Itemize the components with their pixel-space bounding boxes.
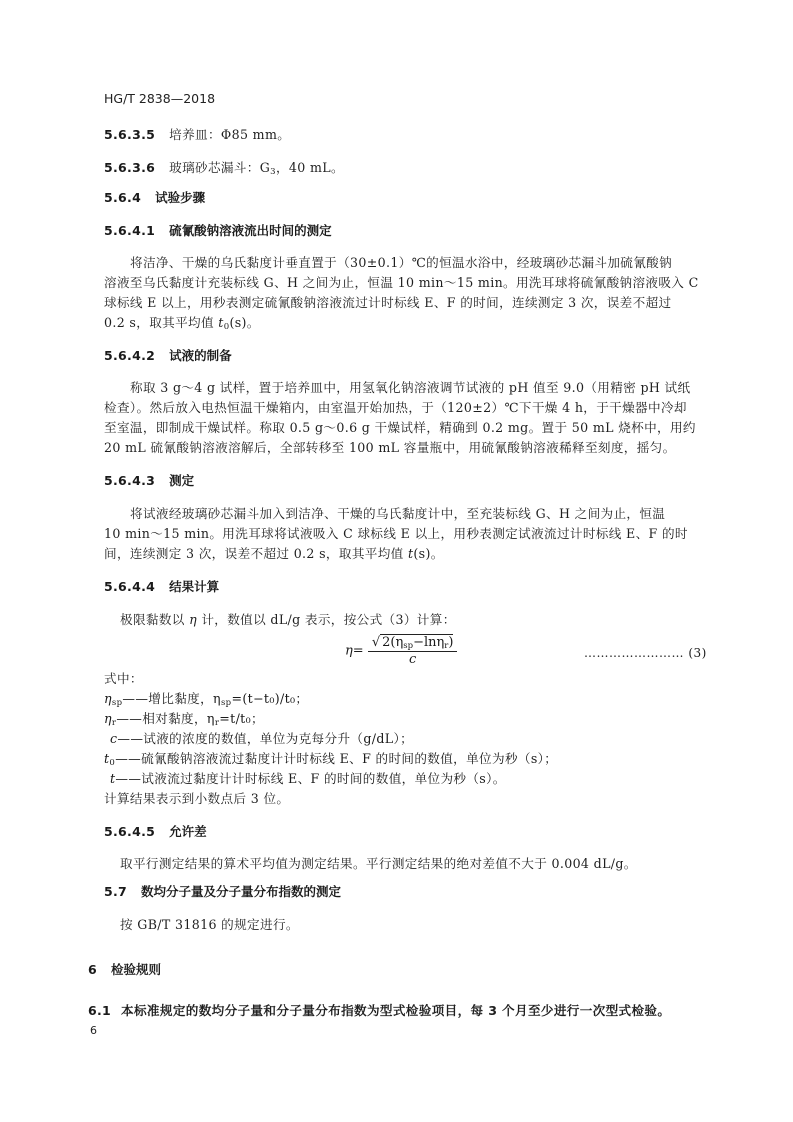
clause-number: 5.7 — [104, 884, 127, 899]
heading-564: 5.6.4试验步骤 — [104, 188, 205, 206]
text: 计，数值以 dL/g 表示，按公式（3）计算： — [197, 612, 456, 627]
para-5641-line4: 0.2 s，取其平均值 t0(s)。 — [104, 312, 260, 332]
result-note: 计算结果表示到小数点后 3 位。 — [104, 788, 289, 807]
heading-title: 试验步骤 — [155, 190, 205, 205]
formula-3: η= √2(ηsp−lnηr) c — [345, 635, 457, 667]
legend-item: t0——硫氰酸钠溶液流过黏度计计时标线 E、F 的时间的数值，单位为秒（s）； — [104, 748, 557, 768]
para-5642-line4: 20 mL 硫氰酸钠溶液溶解后，全部转移至 100 mL 容量瓶中，用硫氰酸钠溶… — [104, 437, 676, 456]
formula-lhs: η= — [345, 644, 364, 659]
where-label: 式中： — [104, 668, 143, 687]
subscript: sp — [403, 641, 413, 651]
clause-number: 5.6.4.5 — [104, 824, 155, 839]
formula-number: …………………… (3) — [584, 646, 707, 660]
var-eta: η — [189, 612, 197, 627]
para-5642-line2: 检查）。然后放入电热恒温干燥箱内，由室温开始加热，于（120±2）℃下干燥 4 … — [104, 397, 687, 416]
clause-61: 6.1本标准规定的数均分子量和分子量分布指数为型式检验项目，每 3 个月至少进行… — [88, 1000, 670, 1019]
para-5643-line2: 10 min～15 min。用洗耳球将试液吸入 C 球标线 E 以上，用秒表测定… — [104, 523, 688, 542]
clause-5635: 5.6.3.5培养皿：Φ85 mm。 — [104, 124, 290, 143]
para-57: 按 GB/T 31816 的规定进行。 — [120, 914, 299, 933]
heading-title: 允许差 — [169, 824, 207, 839]
desc: ——增比黏度，η — [122, 691, 221, 706]
clause-text: 玻璃砂芯漏斗：G — [169, 160, 270, 175]
clause-number: 5.6.4.2 — [104, 348, 155, 363]
clause-text: 本标准规定的数均分子量和分子量分布指数为型式检验项目，每 3 个月至少进行一次型… — [121, 1003, 670, 1018]
clause-text-end: ，40 mL。 — [276, 160, 344, 175]
fraction: √2(ηsp−lnηr) c — [368, 635, 458, 667]
heading-5644: 5.6.4.4结果计算 — [104, 577, 219, 595]
para-5641-line1: 将洁净、干燥的乌氏黏度计垂直置于（30±0.1）℃的恒温水浴中，经玻璃砂芯漏斗加… — [130, 252, 672, 271]
legend-item: t——试液流过黏度计计时标线 E、F 的时间的数值，单位为秒（s）。 — [110, 768, 506, 787]
clause-number: 5.6.4 — [104, 190, 141, 205]
legend-item: c——试液的浓度的数值，单位为克每分升（g/dL）； — [110, 728, 413, 747]
subscript: sp — [221, 698, 232, 708]
para-5643-line3: 间，连续测定 3 次，误差不超过 0.2 s，取其平均值 t(s)。 — [104, 543, 444, 562]
denominator: c — [368, 652, 458, 667]
desc: ——试液的浓度的数值，单位为克每分升（g/dL）； — [117, 731, 413, 746]
heading-5643: 5.6.4.3测定 — [104, 471, 194, 489]
clause-number: 5.6.3.6 — [104, 160, 155, 175]
clause-number: 5.6.4.4 — [104, 579, 155, 594]
subscript: sp — [112, 698, 123, 708]
heading-5645: 5.6.4.5允许差 — [104, 822, 207, 840]
clause-number: 5.6.4.3 — [104, 473, 155, 488]
equation-number: (3) — [688, 646, 707, 660]
symbol: η — [104, 711, 112, 726]
para-5641-line2: 溶液至乌氏黏度计充装标线 G、H 之间为止，恒温 10 min～15 min。用… — [104, 272, 699, 291]
heading-57: 5.7数均分子量及分子量分布指数的测定 — [104, 882, 341, 900]
clause-number: 5.6.4.1 — [104, 223, 155, 238]
clause-number: 5.6.3.5 — [104, 127, 155, 142]
symbol: η — [104, 691, 112, 706]
text: 极限黏数以 — [120, 612, 189, 627]
numerator: √2(ηsp−lnηr) — [368, 635, 458, 652]
desc: =t/t₀； — [219, 711, 264, 726]
clause-5636: 5.6.3.6玻璃砂芯漏斗：G3，40 mL。 — [104, 157, 344, 177]
text: (s)。 — [413, 546, 443, 561]
standard-code-header: HG/T 2838—2018 — [104, 91, 215, 106]
heading-title: 测定 — [169, 473, 194, 488]
heading-title: 结果计算 — [169, 579, 219, 594]
text: 间，连续测定 3 次，误差不超过 0.2 s，取其平均值 — [104, 546, 408, 561]
heading-title: 检验规则 — [111, 962, 161, 977]
para-5642-line1: 称取 3 g～4 g 试样，置于培养皿中，用氢氧化钠溶液调节试液的 pH 值至 … — [130, 377, 690, 396]
heading-title: 硫氰酸钠溶液流出时间的测定 — [169, 223, 332, 238]
heading-6: 6检验规则 — [88, 960, 161, 978]
legend-item: ηr——相对黏度，ηr=t/t₀； — [104, 708, 264, 728]
desc: ——硫氰酸钠溶液流过黏度计计时标线 E、F 的时间的数值，单位为秒（s）； — [115, 751, 557, 766]
para-5645: 取平行测定结果的算术平均值为测定结果。平行测定结果的绝对差值不大于 0.004 … — [120, 853, 637, 872]
num-part: 2(η — [382, 635, 403, 650]
text: 0.2 s，取其平均值 — [104, 315, 218, 330]
para-5641-line3: 球标线 E 以上，用秒表测定硫氰酸钠溶液流过计时标线 E、F 的时间，连续测定 … — [104, 292, 671, 311]
clause-number: 6.1 — [88, 1003, 111, 1018]
desc: =(t−t₀)/t₀； — [231, 691, 308, 706]
clause-text: 培养皿：Φ85 mm。 — [169, 127, 290, 142]
page-number: 6 — [90, 1024, 97, 1037]
heading-5642: 5.6.4.2试液的制备 — [104, 346, 232, 364]
para-5643-line1: 将试液经玻璃砂芯漏斗加入到洁净、干燥的乌氏黏度计中，至充装标线 G、H 之间为止… — [130, 503, 665, 522]
para-5642-line3: 至室温，即制成干燥试样。称取 0.5 g～0.6 g 干燥试样，精确到 0.2 … — [104, 417, 696, 436]
heading-title: 试液的制备 — [169, 348, 232, 363]
num-part: −lnη — [413, 635, 444, 650]
desc: ——相对黏度，η — [116, 711, 215, 726]
heading-title: 数均分子量及分子量分布指数的测定 — [141, 884, 341, 899]
clause-number: 6 — [88, 962, 97, 977]
sqrt-icon: √ — [372, 635, 380, 650]
desc: ——试液流过黏度计计时标线 E、F 的时间的数值，单位为秒（s）。 — [115, 771, 505, 786]
heading-5641: 5.6.4.1硫氰酸钠溶液流出时间的测定 — [104, 221, 332, 239]
num-part: ) — [448, 635, 453, 650]
text: (s)。 — [229, 315, 259, 330]
leader-dots: …………………… — [584, 646, 684, 660]
para-5644-intro: 极限黏数以 η 计，数值以 dL/g 表示，按公式（3）计算： — [120, 609, 456, 628]
legend-item: ηsp——增比黏度，ηsp=(t−t₀)/t₀； — [104, 688, 308, 708]
